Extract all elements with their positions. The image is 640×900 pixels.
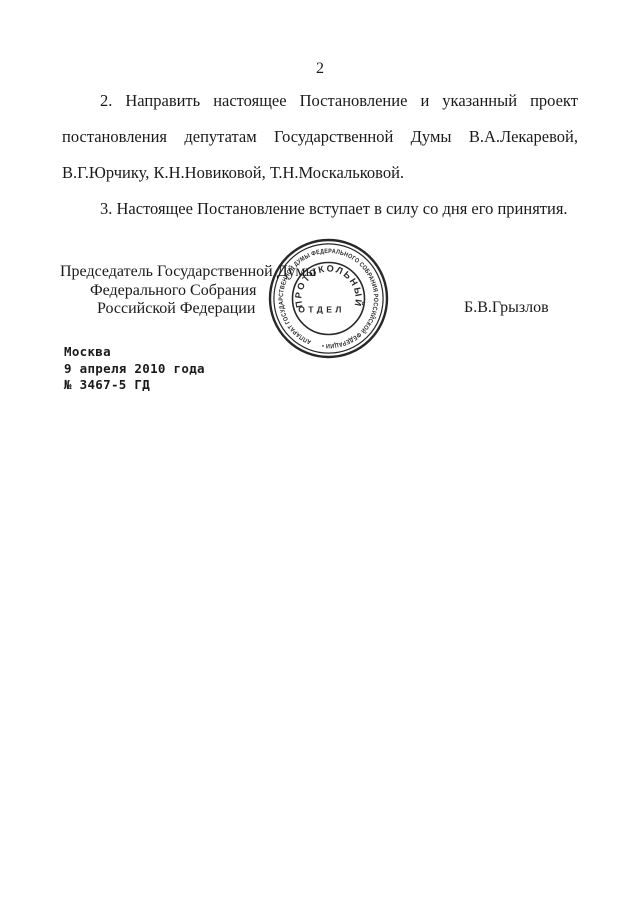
word: депутатам: [184, 128, 256, 164]
page-number: 2: [0, 60, 640, 78]
issue-block: Москва 9 апреля 2010 года № 3467-5 ГД: [64, 344, 205, 394]
issue-number: № 3467-5 ГД: [64, 377, 205, 394]
word: и: [420, 92, 429, 128]
word: проект: [530, 92, 578, 128]
word: 2.: [100, 92, 112, 128]
stamp-outer-ring: [270, 240, 387, 357]
body-text-line: 3. Настоящее Постановление вступает в си…: [62, 200, 578, 236]
stamp-title-arc-text: ПРОТОКОЛЬНЫЙ: [293, 263, 364, 308]
issue-city: Москва: [64, 344, 205, 361]
word: В.А.Лекаревой,: [469, 128, 578, 164]
document-page: 2 2.НаправитьнастоящееПостановлениеиуказ…: [0, 0, 640, 900]
word: настоящее: [213, 92, 286, 128]
document-body: 2.НаправитьнастоящееПостановлениеиуказан…: [62, 92, 578, 236]
body-text-line: В.Г.Юрчику, К.Н.Новиковой, Т.Н.Москалько…: [62, 164, 578, 200]
word: Думы: [411, 128, 452, 164]
body-text-line: 2.НаправитьнастоящееПостановлениеиуказан…: [62, 92, 578, 128]
word: Направить: [125, 92, 200, 128]
signer-name: Б.В.Грызлов: [464, 299, 549, 317]
stamp-outer-inner-ring: [274, 244, 383, 353]
protocol-department-round-stamp-icon: АППАРАТ ГОСУДАРСТВЕННОЙ ДУМЫ ФЕДЕРАЛЬНОГ…: [266, 236, 391, 361]
word: Государственной: [274, 128, 393, 164]
stamp-title-center-text: ОТДЕЛ: [298, 305, 345, 315]
word: Постановление: [300, 92, 408, 128]
word: постановления: [62, 128, 167, 164]
issue-date: 9 апреля 2010 года: [64, 361, 205, 378]
word: указанный: [442, 92, 517, 128]
body-text-line: постановлениядепутатамГосударственнойДум…: [62, 128, 578, 164]
